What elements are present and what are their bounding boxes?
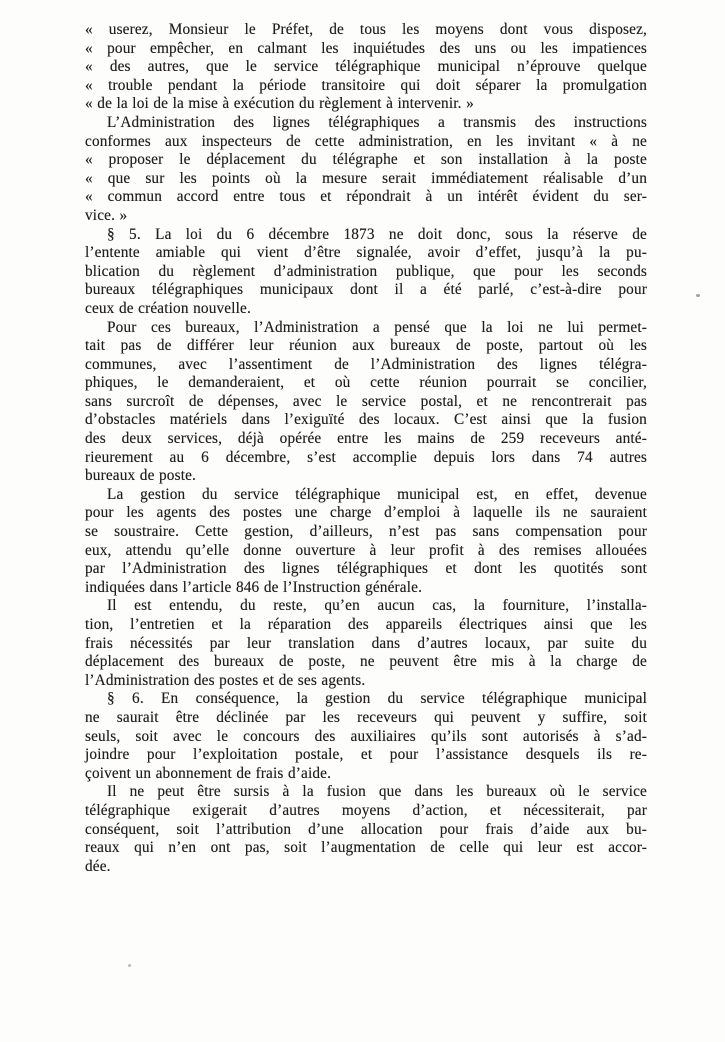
text-line: « trouble pendant la période transitoire… — [85, 77, 647, 96]
text-line: § 5. La loi du 6 décembre 1873 ne doit d… — [85, 226, 647, 245]
paragraph-fusion-bureaux: Pour ces bureaux, l’Administration a pen… — [85, 319, 647, 486]
text-line: seuls, soit avec le concours des auxilia… — [85, 728, 647, 747]
text-line: tait pas de différer leur réunion aux bu… — [85, 337, 647, 356]
text-line: d’obstacles matériels dans l’exiguïté de… — [85, 411, 647, 430]
text-line: Il ne peut être sursis à la fusion que d… — [85, 783, 647, 802]
text-line: blication du règlement d’administration … — [85, 263, 647, 282]
text-line: des deux services, déjà opérée entre les… — [85, 430, 647, 449]
text-line: « pour empêcher, en calmant les inquiétu… — [85, 40, 647, 59]
text-line: frais nécessités par leur translation da… — [85, 635, 647, 654]
text-line: L’Administration des lignes télégraphiqu… — [85, 114, 647, 133]
text-line: « proposer le déplacement du télégraphe … — [85, 151, 647, 170]
paragraph-administration-instructions: L’Administration des lignes télégraphiqu… — [85, 114, 647, 226]
text-line: çoivent un abonnement de frais d’aide. — [85, 765, 647, 784]
text-line: sans surcroît de dépenses, avec le servi… — [85, 393, 647, 412]
paragraph-gestion-service-municipal: La gestion du service télégraphique muni… — [85, 486, 647, 598]
text-line: bureaux télégraphiques municipaux dont i… — [85, 281, 647, 300]
scan-speck — [696, 294, 700, 297]
text-line: par l’Administration des lignes télégrap… — [85, 560, 647, 579]
text-line: dée. — [85, 858, 647, 877]
text-line: pour les agents des postes une charge d’… — [85, 504, 647, 523]
text-line: reaux qui n’en ont pas, soit l’augmentat… — [85, 839, 647, 858]
text-line: vice. » — [85, 207, 647, 226]
text-line: eux, attendu qu’elle donne ouverture à l… — [85, 542, 647, 561]
text-line: La gestion du service télégraphique muni… — [85, 486, 647, 505]
text-line: § 6. En conséquence, la gestion du servi… — [85, 690, 647, 709]
paragraph-section-6: § 6. En conséquence, la gestion du servi… — [85, 690, 647, 783]
text-line: conformes aux inspecteurs de cette admin… — [85, 133, 647, 152]
text-line: tion, l’entretien et la réparation des a… — [85, 616, 647, 635]
text-line: Pour ces bureaux, l’Administration a pen… — [85, 319, 647, 338]
scanned-document-page: « userez, Monsieur le Préfet, de tous le… — [0, 0, 725, 1042]
text-line: conséquent, soit l’attribution d’une all… — [85, 821, 647, 840]
paragraph-section-5: § 5. La loi du 6 décembre 1873 ne doit d… — [85, 226, 647, 319]
paragraph-quoted-circular-continuation: « userez, Monsieur le Préfet, de tous le… — [85, 21, 647, 114]
text-line: « de la loi de la mise à exécution du rè… — [85, 95, 647, 114]
text-line: « des autres, que le service télégraphiq… — [85, 58, 647, 77]
text-column: « userez, Monsieur le Préfet, de tous le… — [85, 21, 647, 876]
text-line: rieurement au 6 décembre, s’est accompli… — [85, 449, 647, 468]
text-line: ne saurait être déclinée par les receveu… — [85, 709, 647, 728]
text-line: « commun accord entre tous et répondrait… — [85, 188, 647, 207]
text-line: Il est entendu, du reste, qu’en aucun ca… — [85, 597, 647, 616]
text-line: indiquées dans l’article 846 de l’Instru… — [85, 579, 647, 598]
text-line: phiques, le demanderaient, et où cette r… — [85, 374, 647, 393]
text-line: se soustraire. Cette gestion, d’ailleurs… — [85, 523, 647, 542]
scan-speck — [128, 964, 131, 967]
text-line: déplacement des bureaux de poste, ne peu… — [85, 653, 647, 672]
text-line: l’entente amiable qui vient d’être signa… — [85, 244, 647, 263]
text-line: télégraphique exigerait d’autres moyens … — [85, 802, 647, 821]
text-line: ceux de création nouvelle. — [85, 300, 647, 319]
paragraph-frais-appareils: Il est entendu, du reste, qu’en aucun ca… — [85, 597, 647, 690]
text-line: « que sur les points où la mesure serait… — [85, 170, 647, 189]
text-line: communes, avec l’assentiment de l’Admini… — [85, 356, 647, 375]
text-line: « userez, Monsieur le Préfet, de tous le… — [85, 21, 647, 40]
paragraph-sursis-fusion: Il ne peut être sursis à la fusion que d… — [85, 783, 647, 876]
text-line: bureaux de poste. — [85, 467, 647, 486]
text-line: l’Administration des postes et de ses ag… — [85, 672, 647, 691]
text-line: joindre pour l’exploitation postale, et … — [85, 746, 647, 765]
